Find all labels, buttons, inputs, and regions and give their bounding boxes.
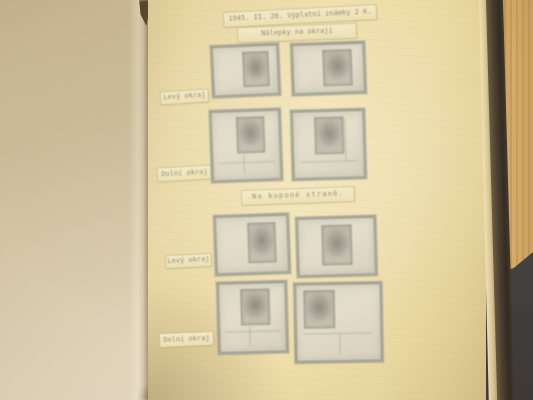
stamp-block xyxy=(241,288,271,325)
stamp-mount xyxy=(290,108,367,181)
stamp-block xyxy=(322,49,352,86)
stamp-mount xyxy=(293,281,383,364)
stamp-block xyxy=(242,51,270,87)
perforation-guide-line xyxy=(249,326,251,346)
perforation-guide-line xyxy=(339,333,340,354)
perforation-guide-line xyxy=(219,161,274,164)
stamp-mount xyxy=(216,280,289,355)
stamp-mount xyxy=(290,41,367,97)
stamp-mount xyxy=(295,215,378,278)
stamp-block xyxy=(314,117,344,154)
stamp-block xyxy=(247,222,276,263)
stamp-mount xyxy=(210,43,281,99)
side-label-row3: Levý okraj xyxy=(166,254,212,268)
left-blank-page xyxy=(0,0,150,400)
side-label-row2: Dolní okraj xyxy=(158,166,212,182)
stamp-block xyxy=(303,290,335,328)
perforation-guide-line xyxy=(226,330,281,332)
stamp-mount xyxy=(209,108,284,183)
stamp-block xyxy=(236,116,265,153)
stamp-mount xyxy=(213,213,291,277)
perforation-guide-line xyxy=(300,161,358,164)
stamp-block xyxy=(321,224,352,266)
photo-of-stamp-album: 1945. II. 26. Výplatní známky 2 K. Nálep… xyxy=(0,0,533,400)
perforation-guide-line xyxy=(244,154,246,174)
perforation-guide-line xyxy=(344,118,346,161)
side-label-row4: Dolní okraj xyxy=(160,332,214,347)
